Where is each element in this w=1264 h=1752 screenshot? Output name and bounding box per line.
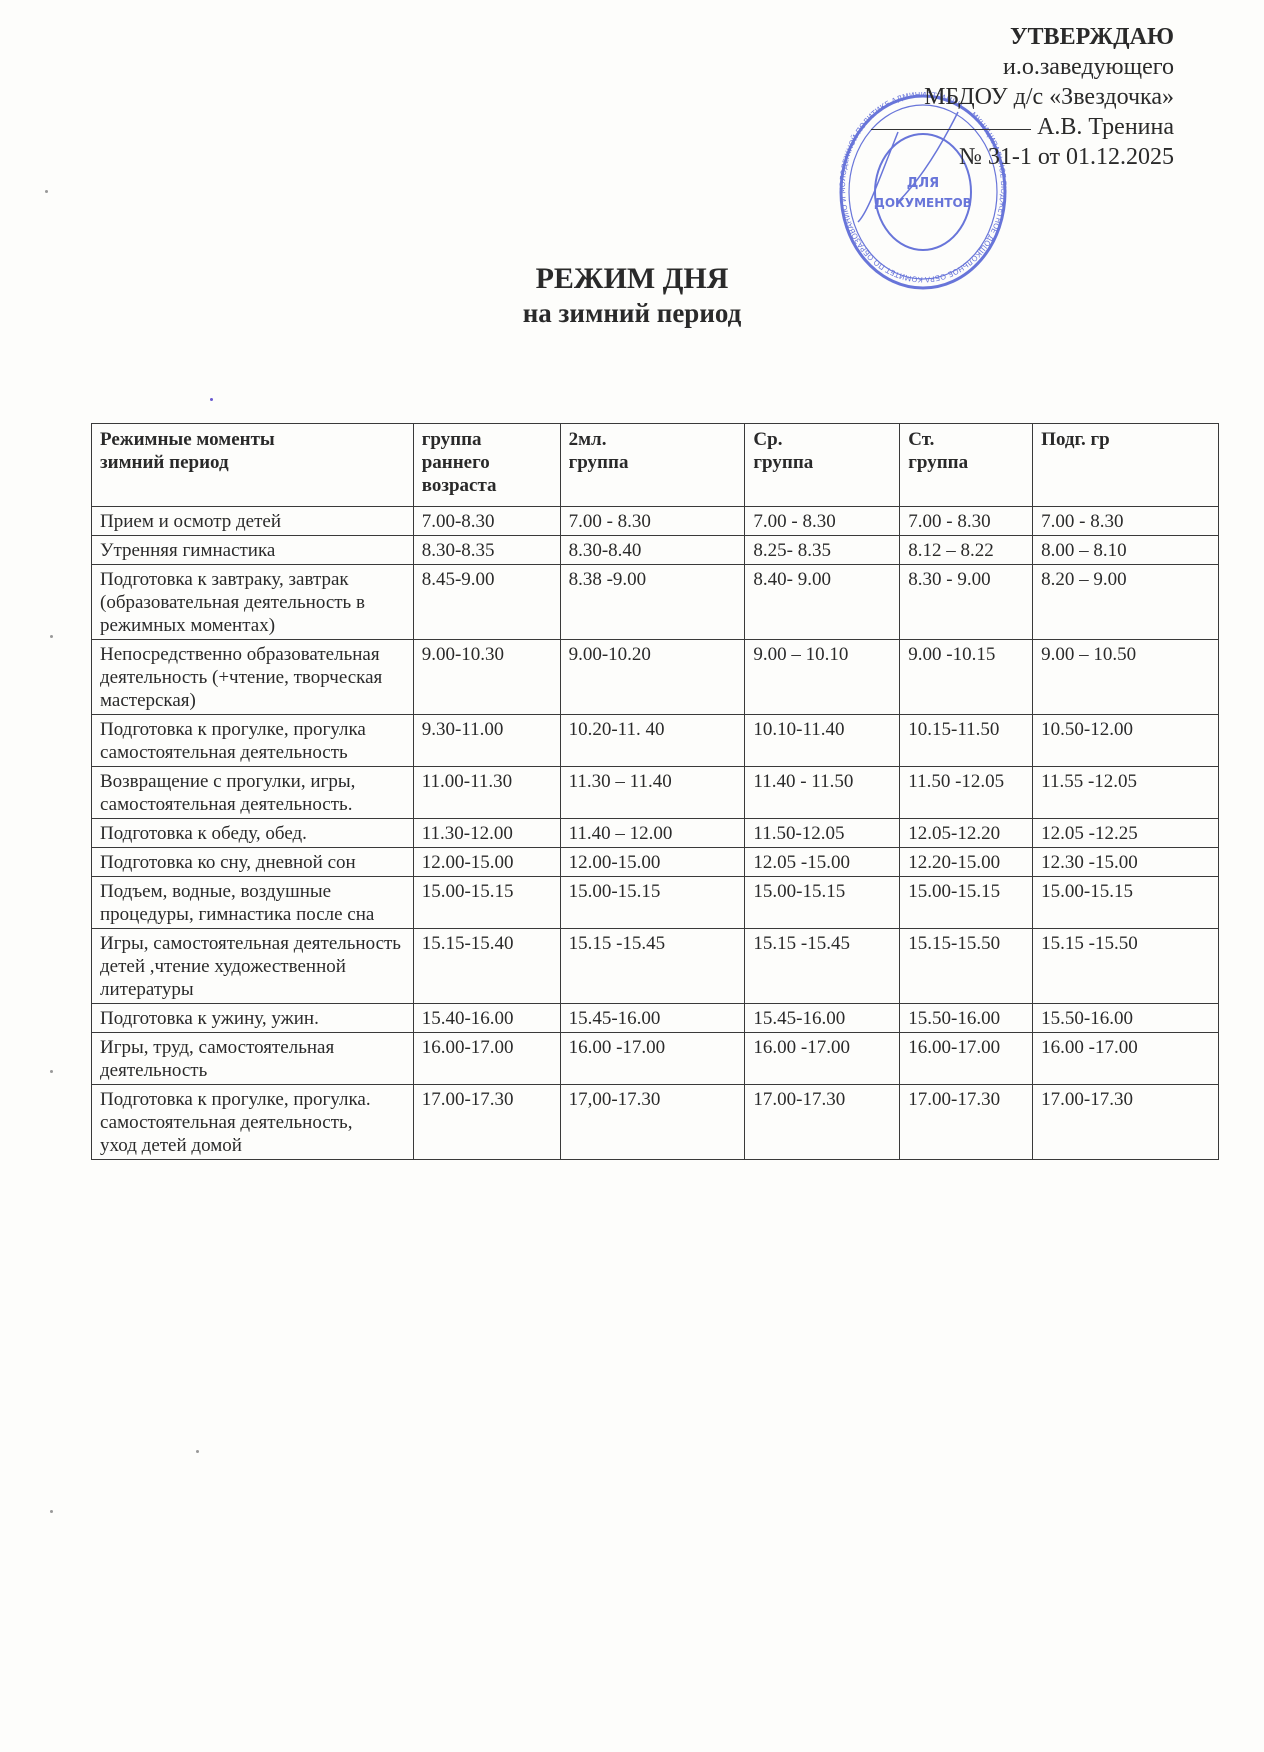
time-cell: 16.00 -17.00 xyxy=(560,1033,745,1085)
time-cell: 8.20 – 9.00 xyxy=(1033,565,1219,640)
time-cell: 17,00-17.30 xyxy=(560,1085,745,1160)
scan-speck xyxy=(50,635,53,638)
activity-cell: Подготовка к прогулке, прогулка самостоя… xyxy=(92,715,414,767)
time-cell: 15.00-15.15 xyxy=(413,877,560,929)
table-row: Утренняя гимнастика8.30-8.358.30-8.408.2… xyxy=(92,536,1219,565)
time-cell: 10.20-11. 40 xyxy=(560,715,745,767)
time-cell: 7.00 - 8.30 xyxy=(560,507,745,536)
scan-speck xyxy=(45,190,48,193)
time-cell: 11.40 - 11.50 xyxy=(745,767,900,819)
time-cell: 15.40-16.00 xyxy=(413,1004,560,1033)
time-cell: 17.00-17.30 xyxy=(900,1085,1033,1160)
time-cell: 12.00-15.00 xyxy=(560,848,745,877)
table-row: Подготовка к завтраку, завтрак (образова… xyxy=(92,565,1219,640)
time-cell: 8.30-8.35 xyxy=(413,536,560,565)
table-row: Игры, труд, самостоятельная деятельность… xyxy=(92,1033,1219,1085)
column-header: Ср. группа xyxy=(745,424,900,507)
column-header: 2мл. группа xyxy=(560,424,745,507)
time-cell: 15.45-16.00 xyxy=(745,1004,900,1033)
time-cell: 15.00-15.15 xyxy=(900,877,1033,929)
activity-cell: Игры, труд, самостоятельная деятельность xyxy=(92,1033,414,1085)
activity-cell: Непосредственно образовательная деятельн… xyxy=(92,640,414,715)
time-cell: 15.15 -15.45 xyxy=(745,929,900,1004)
time-cell: 15.15 -15.45 xyxy=(560,929,745,1004)
table-body: Прием и осмотр детей7.00-8.307.00 - 8.30… xyxy=(92,507,1219,1160)
table-row: Непосредственно образовательная деятельн… xyxy=(92,640,1219,715)
time-cell: 9.00-10.30 xyxy=(413,640,560,715)
table-row: Прием и осмотр детей7.00-8.307.00 - 8.30… xyxy=(92,507,1219,536)
stamp-center-line1: ДЛЯ xyxy=(907,176,939,191)
time-cell: 17.00-17.30 xyxy=(745,1085,900,1160)
table-row: Подготовка к ужину, ужин.15.40-16.0015.4… xyxy=(92,1004,1219,1033)
time-cell: 7.00 - 8.30 xyxy=(900,507,1033,536)
time-cell: 15.00-15.15 xyxy=(560,877,745,929)
approval-position: и.о.заведующего xyxy=(871,52,1174,82)
time-cell: 11.50-12.05 xyxy=(745,819,900,848)
table-row: Подготовка к прогулке, прогулка самостоя… xyxy=(92,715,1219,767)
time-cell: 17.00-17.30 xyxy=(413,1085,560,1160)
table-row: Подготовка к обеду, обед.11.30-12.0011.4… xyxy=(92,819,1219,848)
scan-speck xyxy=(50,1510,53,1513)
column-header: Режимные моменты зимний период xyxy=(92,424,414,507)
table-row: Подготовка ко сну, дневной сон12.00-15.0… xyxy=(92,848,1219,877)
time-cell: 11.55 -12.05 xyxy=(1033,767,1219,819)
table-row: Подъем, водные, воздушные процедуры, гим… xyxy=(92,877,1219,929)
document-subtitle: на зимний период xyxy=(0,296,1264,330)
time-cell: 17.00-17.30 xyxy=(1033,1085,1219,1160)
activity-cell: Игры, самостоятельная деятельность детей… xyxy=(92,929,414,1004)
time-cell: 7.00 - 8.30 xyxy=(745,507,900,536)
time-cell: 12.20-15.00 xyxy=(900,848,1033,877)
column-header: группа раннего возраста xyxy=(413,424,560,507)
activity-cell: Подготовка к ужину, ужин. xyxy=(92,1004,414,1033)
approval-signatory: А.В. Тренина xyxy=(1037,114,1174,140)
approval-title: УТВЕРЖДАЮ xyxy=(871,22,1174,52)
time-cell: 10.50-12.00 xyxy=(1033,715,1219,767)
column-header: Подг. гр xyxy=(1033,424,1219,507)
time-cell: 8.25- 8.35 xyxy=(745,536,900,565)
table-row: Подготовка к прогулке, прогулка. самосто… xyxy=(92,1085,1219,1160)
time-cell: 15.15-15.50 xyxy=(900,929,1033,1004)
activity-cell: Возвращение с прогулки, игры, самостояте… xyxy=(92,767,414,819)
activity-cell: Подготовка к прогулке, прогулка. самосто… xyxy=(92,1085,414,1160)
time-cell: 8.45-9.00 xyxy=(413,565,560,640)
time-cell: 8.30 - 9.00 xyxy=(900,565,1033,640)
time-cell: 16.00-17.00 xyxy=(900,1033,1033,1085)
time-cell: 9.00 -10.15 xyxy=(900,640,1033,715)
table-header-row: Режимные моменты зимний периодгруппа ран… xyxy=(92,424,1219,507)
time-cell: 8.12 – 8.22 xyxy=(900,536,1033,565)
table-row: Возвращение с прогулки, игры, самостояте… xyxy=(92,767,1219,819)
scan-speck xyxy=(210,398,213,401)
time-cell: 15.15-15.40 xyxy=(413,929,560,1004)
time-cell: 11.30-12.00 xyxy=(413,819,560,848)
time-cell: 8.40- 9.00 xyxy=(745,565,900,640)
time-cell: 9.00-10.20 xyxy=(560,640,745,715)
activity-cell: Подготовка к завтраку, завтрак (образова… xyxy=(92,565,414,640)
stamp-center-line2: ДОКУМЕНТОВ xyxy=(874,196,972,210)
approval-block: УТВЕРЖДАЮ и.о.заведующего МБДОУ д/с «Зве… xyxy=(871,22,1174,172)
approval-signature: А.В. Тренина xyxy=(871,112,1174,142)
time-cell: 11.40 – 12.00 xyxy=(560,819,745,848)
time-cell: 15.15 -15.50 xyxy=(1033,929,1219,1004)
activity-cell: Подготовка к обеду, обед. xyxy=(92,819,414,848)
time-cell: 9.00 – 10.10 xyxy=(745,640,900,715)
document-title-block: РЕЖИМ ДНЯ на зимний период xyxy=(0,262,1264,330)
time-cell: 15.00-15.15 xyxy=(745,877,900,929)
time-cell: 8.00 – 8.10 xyxy=(1033,536,1219,565)
time-cell: 15.50-16.00 xyxy=(900,1004,1033,1033)
schedule-table: Режимные моменты зимний периодгруппа ран… xyxy=(91,423,1219,1160)
time-cell: 11.50 -12.05 xyxy=(900,767,1033,819)
time-cell: 15.00-15.15 xyxy=(1033,877,1219,929)
time-cell: 12.05 -15.00 xyxy=(745,848,900,877)
time-cell: 16.00 -17.00 xyxy=(1033,1033,1219,1085)
time-cell: 8.30-8.40 xyxy=(560,536,745,565)
time-cell: 10.15-11.50 xyxy=(900,715,1033,767)
time-cell: 12.00-15.00 xyxy=(413,848,560,877)
table-row: Игры, самостоятельная деятельность детей… xyxy=(92,929,1219,1004)
activity-cell: Подъем, водные, воздушные процедуры, гим… xyxy=(92,877,414,929)
time-cell: 11.30 – 11.40 xyxy=(560,767,745,819)
time-cell: 7.00 - 8.30 xyxy=(1033,507,1219,536)
approval-organization: МБДОУ д/с «Звездочка» xyxy=(871,82,1174,112)
time-cell: 12.05 -12.25 xyxy=(1033,819,1219,848)
time-cell: 15.50-16.00 xyxy=(1033,1004,1219,1033)
time-cell: 9.30-11.00 xyxy=(413,715,560,767)
time-cell: 12.05-12.20 xyxy=(900,819,1033,848)
time-cell: 16.00-17.00 xyxy=(413,1033,560,1085)
activity-cell: Подготовка ко сну, дневной сон xyxy=(92,848,414,877)
time-cell: 16.00 -17.00 xyxy=(745,1033,900,1085)
signature-line xyxy=(871,129,1031,130)
time-cell: 11.00-11.30 xyxy=(413,767,560,819)
time-cell: 15.45-16.00 xyxy=(560,1004,745,1033)
time-cell: 7.00-8.30 xyxy=(413,507,560,536)
time-cell: 12.30 -15.00 xyxy=(1033,848,1219,877)
column-header: Ст. группа xyxy=(900,424,1033,507)
time-cell: 8.38 -9.00 xyxy=(560,565,745,640)
scan-speck xyxy=(50,1070,53,1073)
activity-cell: Прием и осмотр детей xyxy=(92,507,414,536)
time-cell: 10.10-11.40 xyxy=(745,715,900,767)
scan-speck xyxy=(196,1450,199,1453)
document-title: РЕЖИМ ДНЯ xyxy=(0,262,1264,296)
activity-cell: Утренняя гимнастика xyxy=(92,536,414,565)
approval-order: № 31-1 от 01.12.2025 xyxy=(871,142,1174,172)
time-cell: 9.00 – 10.50 xyxy=(1033,640,1219,715)
